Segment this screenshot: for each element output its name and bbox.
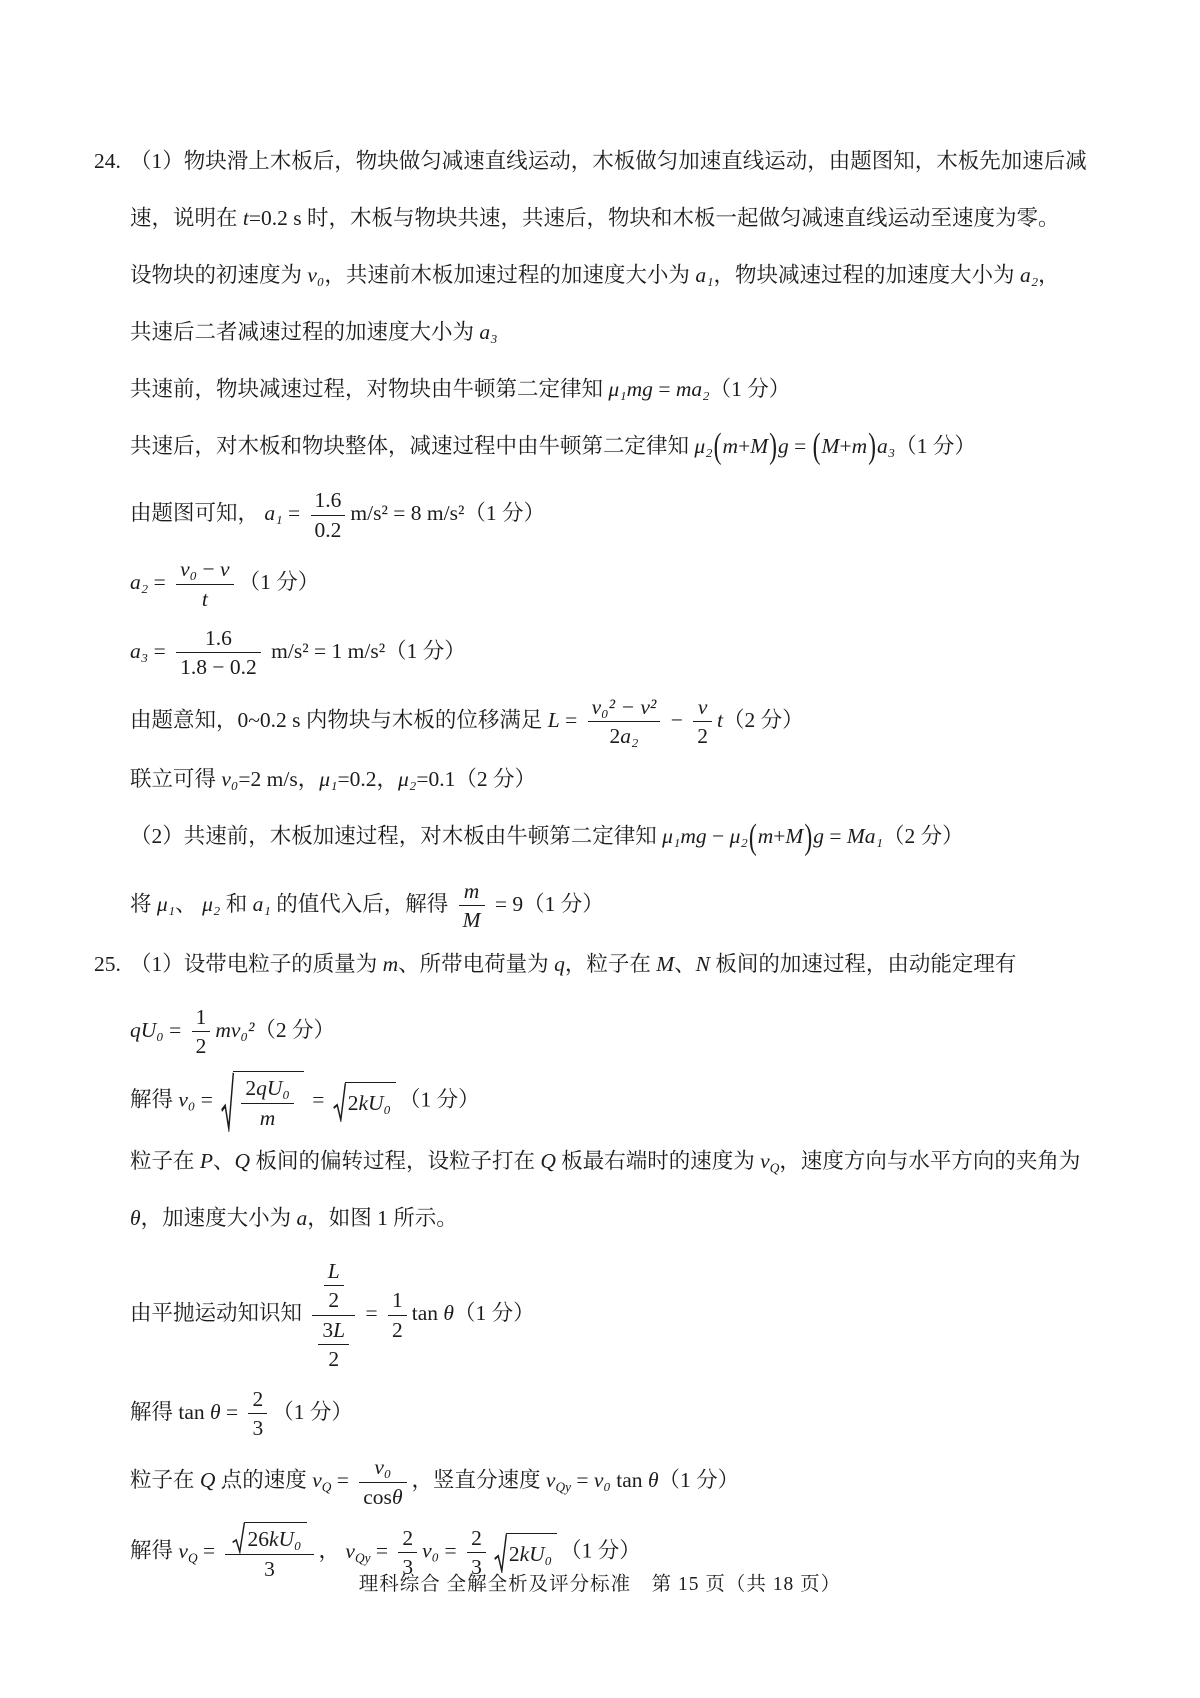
text-run: 2 xyxy=(392,1318,403,1342)
math-variable: θ xyxy=(443,1301,454,1325)
denominator: 2 xyxy=(192,1032,211,1060)
text-run: （2 分） xyxy=(883,824,964,848)
document-line: 24.（1）物块滑上木板后，物块做匀减速直线运动，木板做匀加速直线运动，由题图知… xyxy=(0,143,1200,180)
text-run: ，加速度大小为 xyxy=(141,1206,297,1230)
document-line: 速，说明在 t=0.2 s 时，木板与物块共速，共速后，物块和木板一起做匀减速直… xyxy=(0,200,1200,237)
denominator: M xyxy=(459,906,485,934)
page-footer: 理科综合 全解全析及评分标准 第 15 页（共 18 页） xyxy=(0,1568,1200,1596)
document-line: 解得 tan θ = 23（1 分） xyxy=(0,1385,1200,1443)
text-run: 由题意知，0~0.2 s 内物块与木板的位移满足 xyxy=(130,707,548,731)
denominator: 2 xyxy=(693,722,712,750)
text-run: 点的速度 xyxy=(215,1468,312,1492)
text-run: （1 分） xyxy=(895,434,976,458)
text-run: = xyxy=(653,377,676,401)
math-variable-subscripted: vQy xyxy=(345,1539,370,1563)
text-run: ，如图 1 所示。 xyxy=(307,1206,458,1230)
text-run: 解得 xyxy=(130,1088,178,1112)
denominator: m xyxy=(241,1104,294,1132)
text-run: tan xyxy=(611,1468,648,1492)
math-variable: a₂ xyxy=(620,724,638,748)
math-variable: M xyxy=(656,952,674,976)
fraction: v₀ − vt xyxy=(176,555,233,613)
text-run: m/s² = 1 m/s²（1 分） xyxy=(266,639,466,663)
text-run: （1 分） xyxy=(454,1301,535,1325)
text-run: 2 xyxy=(471,1526,482,1550)
denominator: 3 xyxy=(248,1414,267,1442)
math-variable: v₀ xyxy=(374,1455,391,1479)
text-run: （1）设带电粒子的质量为 xyxy=(130,952,383,976)
text-run: =0.2 s 时，木板与物块共速，共速后，物块和木板一起做匀减速直线运动至速度为… xyxy=(249,206,1060,230)
math-variable: μ₂ xyxy=(730,824,748,848)
text-run: 粒子在 xyxy=(130,1468,200,1492)
radicand: 26kU₀ xyxy=(244,1522,306,1553)
text-run: 的值代入后，解得 xyxy=(271,892,454,916)
text-run: = xyxy=(571,1468,594,1492)
text-run: = xyxy=(331,1468,354,1492)
text-run: （1 分） xyxy=(659,1468,740,1492)
text-run: = xyxy=(148,639,171,663)
math-variable: v₀ xyxy=(307,263,324,287)
text-run: 1.6 xyxy=(205,626,232,650)
math-variable-subscripted: vQ xyxy=(312,1468,331,1492)
fraction: 12 xyxy=(192,1003,211,1061)
math-variable: a₂ xyxy=(130,570,148,594)
text-run: （1）物块滑上木板后，物块做匀减速直线运动，木板做匀加速直线运动，由题图知，木板… xyxy=(130,149,1087,173)
math-variable: μ₁mg xyxy=(608,377,653,401)
math-variable: v₀² − v² xyxy=(592,695,657,719)
denominator: 3L2 xyxy=(312,1316,355,1374)
math-variable: kU₀ xyxy=(358,1085,391,1122)
text-run: + xyxy=(738,434,750,458)
text-run: 板最右端时的速度为 xyxy=(556,1149,760,1173)
text-run: cos xyxy=(363,1485,392,1509)
text-run: ， xyxy=(319,1539,346,1563)
denominator: 2 xyxy=(324,1286,344,1314)
denominator: 0.2 xyxy=(311,516,346,544)
text-run: 共速后二者减速过程的加速度大小为 xyxy=(130,320,479,344)
text-run: （1 分） xyxy=(710,377,791,401)
math-variable-subscripted: vQ xyxy=(760,1149,779,1173)
text-run: = xyxy=(164,1017,187,1041)
numerator: 1 xyxy=(192,1003,211,1032)
fraction: 12 xyxy=(388,1286,407,1344)
document-line: 联立可得 v₀=2 m/s，μ₁=0.2，μ₂=0.1（2 分） xyxy=(0,761,1200,798)
numerator: 1 xyxy=(388,1286,407,1315)
big-paren: ) xyxy=(804,811,812,867)
variable-subscript: Q xyxy=(770,1161,780,1176)
variable-subscript: Q xyxy=(188,1550,198,1565)
text-run: = xyxy=(824,824,847,848)
text-run: tan xyxy=(412,1301,444,1325)
document-line: 粒子在 Q 点的速度 vQ = v₀cosθ，竖直分速度 vQy = v₀ ta… xyxy=(0,1453,1200,1511)
math-variable: Q xyxy=(235,1149,251,1173)
document-line: a₃ = 1.61.8 − 0.2 m/s² = 1 m/s²（1 分） xyxy=(0,624,1200,682)
math-variable: L xyxy=(333,1318,345,1342)
document-line: a₂ = v₀ − vt（1 分） xyxy=(0,555,1200,613)
numerator: v₀ − v xyxy=(176,555,233,584)
text-run: = xyxy=(198,1539,221,1563)
text-run: = xyxy=(148,570,171,594)
math-variable: μ₂ xyxy=(694,434,712,458)
text-run: 2 xyxy=(697,724,708,748)
text-run: ，粒子在 xyxy=(565,952,656,976)
math-variable: μ₁ xyxy=(319,767,337,791)
numerator: 26kU₀ xyxy=(225,1522,313,1555)
text-run: 、 xyxy=(674,952,696,976)
text-run: ，速度方向与水平方向的夹角为 xyxy=(779,1149,1080,1173)
math-variable: μ₂ xyxy=(202,892,220,916)
square-root: 2qU₀m xyxy=(221,1071,304,1132)
math-variable: a₁ xyxy=(264,501,282,525)
math-variable: qU₀ xyxy=(256,1076,290,1100)
big-paren: ( xyxy=(714,420,722,476)
text-run: （2）共速前，木板加速过程，对木板由牛顿第二定律知 xyxy=(130,824,662,848)
text-run: 1 xyxy=(196,1005,207,1029)
text-run: 2 xyxy=(252,1387,263,1411)
text-run: ， xyxy=(1038,263,1060,287)
math-variable: v₀ xyxy=(180,557,197,581)
text-run: 1.6 xyxy=(315,488,342,512)
math-variable: qU₀ xyxy=(130,1017,164,1041)
numerator: 2 xyxy=(467,1524,486,1553)
text-run: （1 分） xyxy=(272,1399,353,1423)
math-variable: a₁ xyxy=(253,892,271,916)
text-run: =2 m/s， xyxy=(238,767,319,791)
text-run: 3 xyxy=(322,1318,333,1342)
square-root: 26kU₀ xyxy=(232,1522,306,1553)
radicand: 2qU₀m xyxy=(233,1071,304,1132)
math-variable: m xyxy=(260,1106,276,1130)
math-variable-subscripted: vQ xyxy=(178,1539,197,1563)
fraction: L2 xyxy=(324,1257,344,1315)
numerator: v₀² − v² xyxy=(588,693,661,722)
variable-base: v xyxy=(546,1468,556,1492)
text-run: 2 xyxy=(402,1526,413,1550)
text-run: + xyxy=(839,434,851,458)
text-run: = xyxy=(195,1088,218,1112)
variable-base: v xyxy=(760,1149,770,1173)
question-number: 25. xyxy=(94,946,121,983)
fraction: v₀² − v²2a₂ xyxy=(588,693,661,751)
math-variable: P xyxy=(200,1149,213,1173)
text-run: + xyxy=(773,824,785,848)
fraction: mM xyxy=(459,877,485,935)
math-variable: v₀ xyxy=(178,1088,195,1112)
math-variable: a₃ xyxy=(877,434,895,458)
variable-base: v xyxy=(178,1539,188,1563)
document-line: 由平抛运动知识知 L23L2 = 12tan θ（1 分） xyxy=(0,1257,1200,1374)
big-paren: ( xyxy=(813,420,821,476)
numerator: v₀ xyxy=(359,1453,406,1482)
text-run: （1 分） xyxy=(239,570,320,594)
text-run: 和 xyxy=(220,892,252,916)
text-run: = xyxy=(789,434,812,458)
math-variable: m xyxy=(852,434,868,458)
big-paren: ) xyxy=(769,420,777,476)
denominator: 2 xyxy=(318,1345,349,1373)
text-run: 将 xyxy=(130,892,157,916)
math-variable: t xyxy=(202,587,208,611)
text-run: 共速前，物块减速过程，对物块由牛顿第二定律知 xyxy=(130,377,608,401)
square-root: 2kU₀ xyxy=(333,1082,396,1122)
math-variable: m xyxy=(383,952,399,976)
numerator: 2qU₀ xyxy=(241,1074,294,1103)
math-variable: M xyxy=(822,434,840,458)
big-paren: ) xyxy=(868,420,876,476)
document-body: 24.（1）物块滑上木板后，物块做匀减速直线运动，木板做匀加速直线运动，由题图知… xyxy=(0,143,1200,1594)
text-run: 粒子在 xyxy=(130,1149,200,1173)
text-run: 0.2 xyxy=(315,518,342,542)
text-run: 板间的加速过程，由动能定理有 xyxy=(710,952,1016,976)
math-variable: a₂ xyxy=(1020,263,1038,287)
math-variable: μ₁ xyxy=(157,892,175,916)
numerator: L2 xyxy=(312,1257,355,1316)
text-run: =0.1（2 分） xyxy=(416,767,536,791)
numerator: 2 xyxy=(248,1385,267,1414)
math-variable: N xyxy=(696,952,710,976)
math-variable: ma₂ xyxy=(676,377,710,401)
text-run: （1 分） xyxy=(399,1088,480,1112)
document-line: 25.（1）设带电粒子的质量为 m、所带电荷量为 q，粒子在 M、N 板间的加速… xyxy=(0,946,1200,983)
fraction: v₀cosθ xyxy=(359,1453,406,1511)
fraction: 3L2 xyxy=(318,1316,349,1374)
text-run: （2 分） xyxy=(254,1017,335,1041)
math-variable: Q xyxy=(200,1468,216,1492)
text-run: 由平抛运动知识知 xyxy=(130,1301,307,1325)
fraction: v2 xyxy=(693,693,712,751)
text-run: = xyxy=(307,1088,330,1112)
document-line: 共速后二者减速过程的加速度大小为 a₃ xyxy=(0,314,1200,351)
math-variable: v₀ xyxy=(422,1539,439,1563)
numerator: 1.6 xyxy=(311,486,346,515)
math-variable: q xyxy=(554,952,565,976)
question-number: 24. xyxy=(94,143,121,180)
math-variable: Q xyxy=(540,1149,556,1173)
big-paren: ( xyxy=(749,811,757,867)
text-run: 、所带电荷量为 xyxy=(398,952,554,976)
text-run: 、 xyxy=(213,1149,235,1173)
text-run: 解得 xyxy=(130,1539,178,1563)
text-run: ，物块减速过程的加速度大小为 xyxy=(714,263,1020,287)
text-run: 由题图可知， xyxy=(130,501,264,525)
text-run: 速，说明在 xyxy=(130,206,243,230)
document-line: qU₀ = 12mv₀²（2 分） xyxy=(0,1003,1200,1061)
denominator: 2a₂ xyxy=(588,722,661,750)
radicand: 2kU₀ xyxy=(506,1533,557,1573)
numerator: 1.6 xyxy=(176,624,261,653)
math-variable: m xyxy=(758,824,774,848)
variable-subscript: Qy xyxy=(555,1480,571,1495)
numerator: v xyxy=(693,693,712,722)
math-variable: m xyxy=(464,879,480,903)
text-run: 26 xyxy=(247,1525,269,1553)
text-run: =0.2， xyxy=(338,767,399,791)
fraction: 2qU₀m xyxy=(241,1074,294,1132)
document-line: 由题意知，0~0.2 s 内物块与木板的位移满足 L = v₀² − v²2a₂… xyxy=(0,693,1200,751)
math-variable: L xyxy=(328,1259,340,1283)
math-variable: L xyxy=(548,707,560,731)
text-run: 共速后，对木板和物块整体，减速过程中由牛顿第二定律知 xyxy=(130,434,694,458)
math-variable-subscripted: vQy xyxy=(546,1468,571,1492)
text-run: = xyxy=(221,1399,244,1423)
text-run: − xyxy=(707,824,730,848)
fraction: L23L2 xyxy=(312,1257,355,1374)
document-line: 粒子在 P、Q 板间的偏转过程，设粒子打在 Q 板最右端时的速度为 vQ，速度方… xyxy=(0,1143,1200,1180)
text-run: ，竖直分速度 xyxy=(412,1468,546,1492)
text-run: 1 xyxy=(392,1288,403,1312)
math-variable: Ma₁ xyxy=(847,824,883,848)
math-variable: M xyxy=(463,908,481,932)
exam-answer-page: 24.（1）物块滑上木板后，物块做匀减速直线运动，木板做匀加速直线运动，由题图知… xyxy=(0,0,1200,1698)
math-variable: θ xyxy=(210,1399,221,1423)
math-variable: mv₀² xyxy=(215,1017,254,1041)
text-run: = xyxy=(439,1539,462,1563)
variable-base: v xyxy=(312,1468,322,1492)
math-variable: μ₁mg xyxy=(662,824,707,848)
text-run: m/s² = 8 m/s²（1 分） xyxy=(350,501,545,525)
text-run: （2 分） xyxy=(723,707,804,731)
text-run: 2 xyxy=(328,1288,339,1312)
document-line: 共速后，对木板和物块整体，减速过程中由牛顿第二定律知 μ₂(m+M)g = (M… xyxy=(0,428,1200,466)
text-run: （1 分） xyxy=(560,1539,641,1563)
square-root: 2kU₀ xyxy=(494,1533,557,1573)
text-run: 2 xyxy=(328,1347,339,1371)
variable-subscript: Q xyxy=(322,1480,332,1495)
text-run: 板间的偏转过程，设粒子打在 xyxy=(250,1149,540,1173)
text-run: = xyxy=(371,1539,394,1563)
math-variable: θ xyxy=(130,1206,141,1230)
text-run: 1.8 − 0.2 xyxy=(180,655,257,679)
document-line: 共速前，物块减速过程，对物块由牛顿第二定律知 μ₁mg = ma₂（1 分） xyxy=(0,371,1200,408)
math-variable: θ xyxy=(648,1468,659,1492)
document-line: 由题图可知， a₁ = 1.60.2m/s² = 8 m/s²（1 分） xyxy=(0,486,1200,544)
document-line: 设物块的初速度为 v₀，共速前木板加速过程的加速度大小为 a₁，物块减速过程的加… xyxy=(0,257,1200,294)
math-variable: g xyxy=(813,824,824,848)
document-line: 将 μ₁、 μ₂ 和 a₁ 的值代入后，解得 mM = 9（1 分） xyxy=(0,877,1200,935)
fraction: 1.60.2 xyxy=(311,486,346,544)
math-variable: g xyxy=(778,434,789,458)
text-run: − xyxy=(197,557,220,581)
math-variable: M xyxy=(750,434,768,458)
text-run: 、 xyxy=(175,892,202,916)
text-run: 2 xyxy=(245,1076,256,1100)
variable-subscript: Qy xyxy=(355,1550,371,1565)
denominator: 2 xyxy=(388,1316,407,1344)
denominator: cosθ xyxy=(359,1483,406,1511)
math-variable: v₀ xyxy=(221,767,238,791)
text-run: 2 xyxy=(609,724,620,748)
math-variable: a₃ xyxy=(130,639,148,663)
numerator: m xyxy=(459,877,485,906)
text-run: − xyxy=(665,707,688,731)
text-run: 解得 tan xyxy=(130,1399,210,1423)
math-variable: M xyxy=(785,824,803,848)
math-variable: kU₀ xyxy=(269,1525,302,1553)
math-variable: v₀ xyxy=(594,1468,611,1492)
variable-base: v xyxy=(345,1539,355,1563)
math-variable: a₃ xyxy=(479,320,497,344)
text-run: 2 xyxy=(196,1034,207,1058)
document-line: θ，加速度大小为 a，如图 1 所示。 xyxy=(0,1200,1200,1237)
text-run: = 9（1 分） xyxy=(490,892,604,916)
text-run: 联立可得 xyxy=(130,767,221,791)
text-run: = xyxy=(560,707,583,731)
fraction: 23 xyxy=(248,1385,267,1443)
document-line: （2）共速前，木板加速过程，对木板由牛顿第二定律知 μ₁mg − μ₂(m+M)… xyxy=(0,818,1200,856)
text-run: 2 xyxy=(348,1085,359,1122)
math-variable: v xyxy=(220,557,230,581)
math-variable: m xyxy=(723,434,739,458)
text-run: 设物块的初速度为 xyxy=(130,263,307,287)
numerator: 3L xyxy=(318,1316,349,1345)
denominator: 1.8 − 0.2 xyxy=(176,653,261,681)
text-run: ，共速前木板加速过程的加速度大小为 xyxy=(324,263,695,287)
math-variable: θ xyxy=(392,1485,403,1509)
document-line: 解得 v₀ = 2qU₀m = 2kU₀（1 分） xyxy=(0,1071,1200,1132)
radicand: 2kU₀ xyxy=(345,1082,396,1122)
fraction: 1.61.8 − 0.2 xyxy=(176,624,261,682)
math-variable: a₁ xyxy=(695,263,713,287)
math-variable: μ₂ xyxy=(398,767,416,791)
denominator: t xyxy=(176,585,233,613)
text-run: = xyxy=(283,501,306,525)
text-run: 3 xyxy=(252,1416,263,1440)
text-run: = xyxy=(360,1301,383,1325)
math-variable: a xyxy=(296,1206,307,1230)
numerator: 2 xyxy=(398,1524,417,1553)
math-variable: v xyxy=(698,695,708,719)
numerator: L xyxy=(324,1257,344,1286)
